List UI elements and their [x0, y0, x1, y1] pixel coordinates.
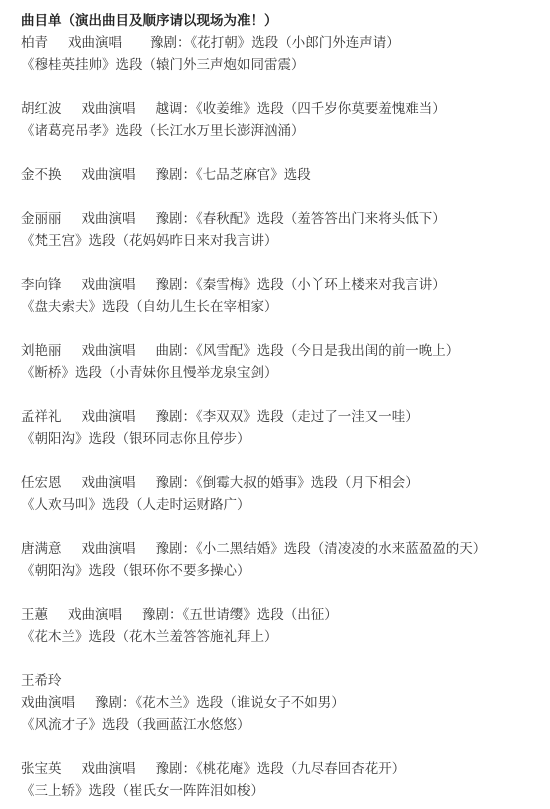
opera-genre: 豫剧： — [142, 607, 183, 623]
performance-role: 戏曲演唱 — [68, 607, 122, 623]
performance-role: 戏曲演唱 — [82, 409, 136, 425]
opera-genre: 曲剧： — [156, 343, 197, 359]
program-list: 曲目单（演出曲目及顺序请以现场为准！） 柏青戏曲演唱豫剧：《花打朝》选段（小郎门… — [0, 0, 550, 802]
performer-name: 柏青 — [21, 35, 48, 51]
excerpt-first: 《七品芝麻官》选段 — [196, 167, 311, 183]
performance-role: 戏曲演唱 — [82, 277, 136, 293]
performer-entry: 任宏恩戏曲演唱豫剧：《倒霉大叔的婚事》选段（月下相会） — [21, 472, 550, 494]
opera-genre: 豫剧： — [156, 541, 197, 557]
opera-genre: 豫剧： — [156, 761, 197, 777]
performance-role: 戏曲演唱 — [68, 35, 122, 51]
opera-genre: 豫剧： — [156, 277, 197, 293]
performer-name: 金丽丽 — [21, 211, 62, 227]
performer-entry: 张宝英戏曲演唱豫剧：《桃花庵》选段（九尽春回杏花开） — [21, 758, 550, 780]
excerpt-first: 《花打朝》选段（小郎门外连声请） — [191, 35, 400, 51]
performer-entry: 金不换戏曲演唱豫剧：《七品芝麻官》选段 — [21, 164, 550, 186]
performer-entry: 唐满意戏曲演唱豫剧：《小二黑结婚》选段（清凌凌的水来蓝盈盈的天） — [21, 538, 550, 560]
performer-entry: 柏青戏曲演唱豫剧：《花打朝》选段（小郎门外连声请） — [21, 32, 550, 54]
performer-name: 唐满意 — [21, 541, 62, 557]
excerpt-first: 《桃花庵》选段（九尽春回杏花开） — [196, 761, 405, 777]
excerpt-first: 《春秋配》选段（羞答答出门来将头低下） — [196, 211, 446, 227]
excerpt-second: 《盘夫索夫》选段（自幼儿生长在宰相家） — [21, 296, 550, 318]
performer-entry: 李向锋戏曲演唱豫剧：《秦雪梅》选段（小丫环上楼来对我言讲） — [21, 274, 550, 296]
performer-name: 任宏恩 — [21, 475, 62, 491]
performance-role: 戏曲演唱 — [82, 211, 136, 227]
performer-entry: 金丽丽戏曲演唱豫剧：《春秋配》选段（羞答答出门来将头低下） — [21, 208, 550, 230]
performance-role: 戏曲演唱 — [82, 475, 136, 491]
excerpt-second: 《朝阳沟》选段（银环同志你且停步） — [21, 428, 550, 450]
excerpt-second: 《朝阳沟》选段（银环你不要多操心） — [21, 560, 550, 582]
excerpt-first: 《李双双》选段（走过了一洼又一哇） — [196, 409, 419, 425]
excerpt-first: 《五世请缨》选段（出征） — [183, 607, 338, 623]
excerpt-second: 《梵王宫》选段（花妈妈昨日来对我言讲） — [21, 230, 550, 252]
opera-genre: 豫剧： — [156, 475, 197, 491]
excerpt-second: 《断桥》选段（小青妹你且慢举龙泉宝剑） — [21, 362, 550, 384]
excerpt-second: 《花木兰》选段（花木兰羞答答施礼拜上） — [21, 626, 550, 648]
performer-name: 金不换 — [21, 167, 62, 183]
excerpt-first: 《风雪配》选段（今日是我出闺的前一晚上） — [196, 343, 459, 359]
performer-name: 胡红波 — [21, 101, 62, 117]
opera-genre: 豫剧： — [156, 211, 197, 227]
performance-role: 戏曲演唱 — [82, 761, 136, 777]
performer-name: 刘艳丽 — [21, 343, 62, 359]
excerpt-first: 《倒霉大叔的婚事》选段（月下相会） — [196, 475, 419, 491]
performer-name: 李向锋 — [21, 277, 62, 293]
performer-entry: 王蕙戏曲演唱豫剧：《五世请缨》选段（出征） — [21, 604, 550, 626]
performance-role: 戏曲演唱 — [82, 343, 136, 359]
performer-entry: 孟祥礼戏曲演唱豫剧：《李双双》选段（走过了一洼又一哇） — [21, 406, 550, 428]
excerpt-first: 《花木兰》选段（谁说女子不如男） — [136, 695, 345, 711]
performance-role: 戏曲演唱 — [82, 167, 136, 183]
performer-entry: 刘艳丽戏曲演唱曲剧：《风雪配》选段（今日是我出闺的前一晚上） — [21, 340, 550, 362]
program-title: 曲目单（演出曲目及顺序请以现场为准！） — [21, 10, 550, 32]
performance-role: 戏曲演唱 — [82, 101, 136, 117]
performer-entry: 戏曲演唱豫剧：《花木兰》选段（谁说女子不如男） — [21, 692, 550, 714]
excerpt-second: 《人欢马叫》选段（人走时运财路广） — [21, 494, 550, 516]
opera-genre: 豫剧： — [150, 35, 191, 51]
performer-entry: 胡红波戏曲演唱越调：《收姜维》选段（四千岁你莫要羞愧难当） — [21, 98, 550, 120]
performer-name: 孟祥礼 — [21, 409, 62, 425]
opera-genre: 豫剧： — [95, 695, 136, 711]
opera-genre: 豫剧： — [156, 167, 197, 183]
performance-role: 戏曲演唱 — [82, 541, 136, 557]
performance-role: 戏曲演唱 — [21, 695, 75, 711]
excerpt-first: 《收姜维》选段（四千岁你莫要羞愧难当） — [196, 101, 446, 117]
opera-genre: 豫剧： — [156, 409, 197, 425]
excerpt-second: 《诸葛亮吊孝》选段（长江水万里长澎湃汹涌） — [21, 120, 550, 142]
excerpt-second: 《三上轿》选段（崔氏女一阵阵泪如梭） — [21, 780, 550, 802]
performer-name: 王蕙 — [21, 607, 48, 623]
performer-name: 张宝英 — [21, 761, 62, 777]
opera-genre: 越调： — [156, 101, 197, 117]
excerpt-second: 《风流才子》选段（我画蓝江水悠悠） — [21, 714, 550, 736]
excerpt-first: 《秦雪梅》选段（小丫环上楼来对我言讲） — [196, 277, 446, 293]
excerpt-second: 《穆桂英挂帅》选段（辕门外三声炮如同雷震） — [21, 54, 550, 76]
performer-name: 王希玲 — [21, 670, 550, 692]
excerpt-first: 《小二黑结婚》选段（清凌凌的水来蓝盈盈的天） — [196, 541, 486, 557]
